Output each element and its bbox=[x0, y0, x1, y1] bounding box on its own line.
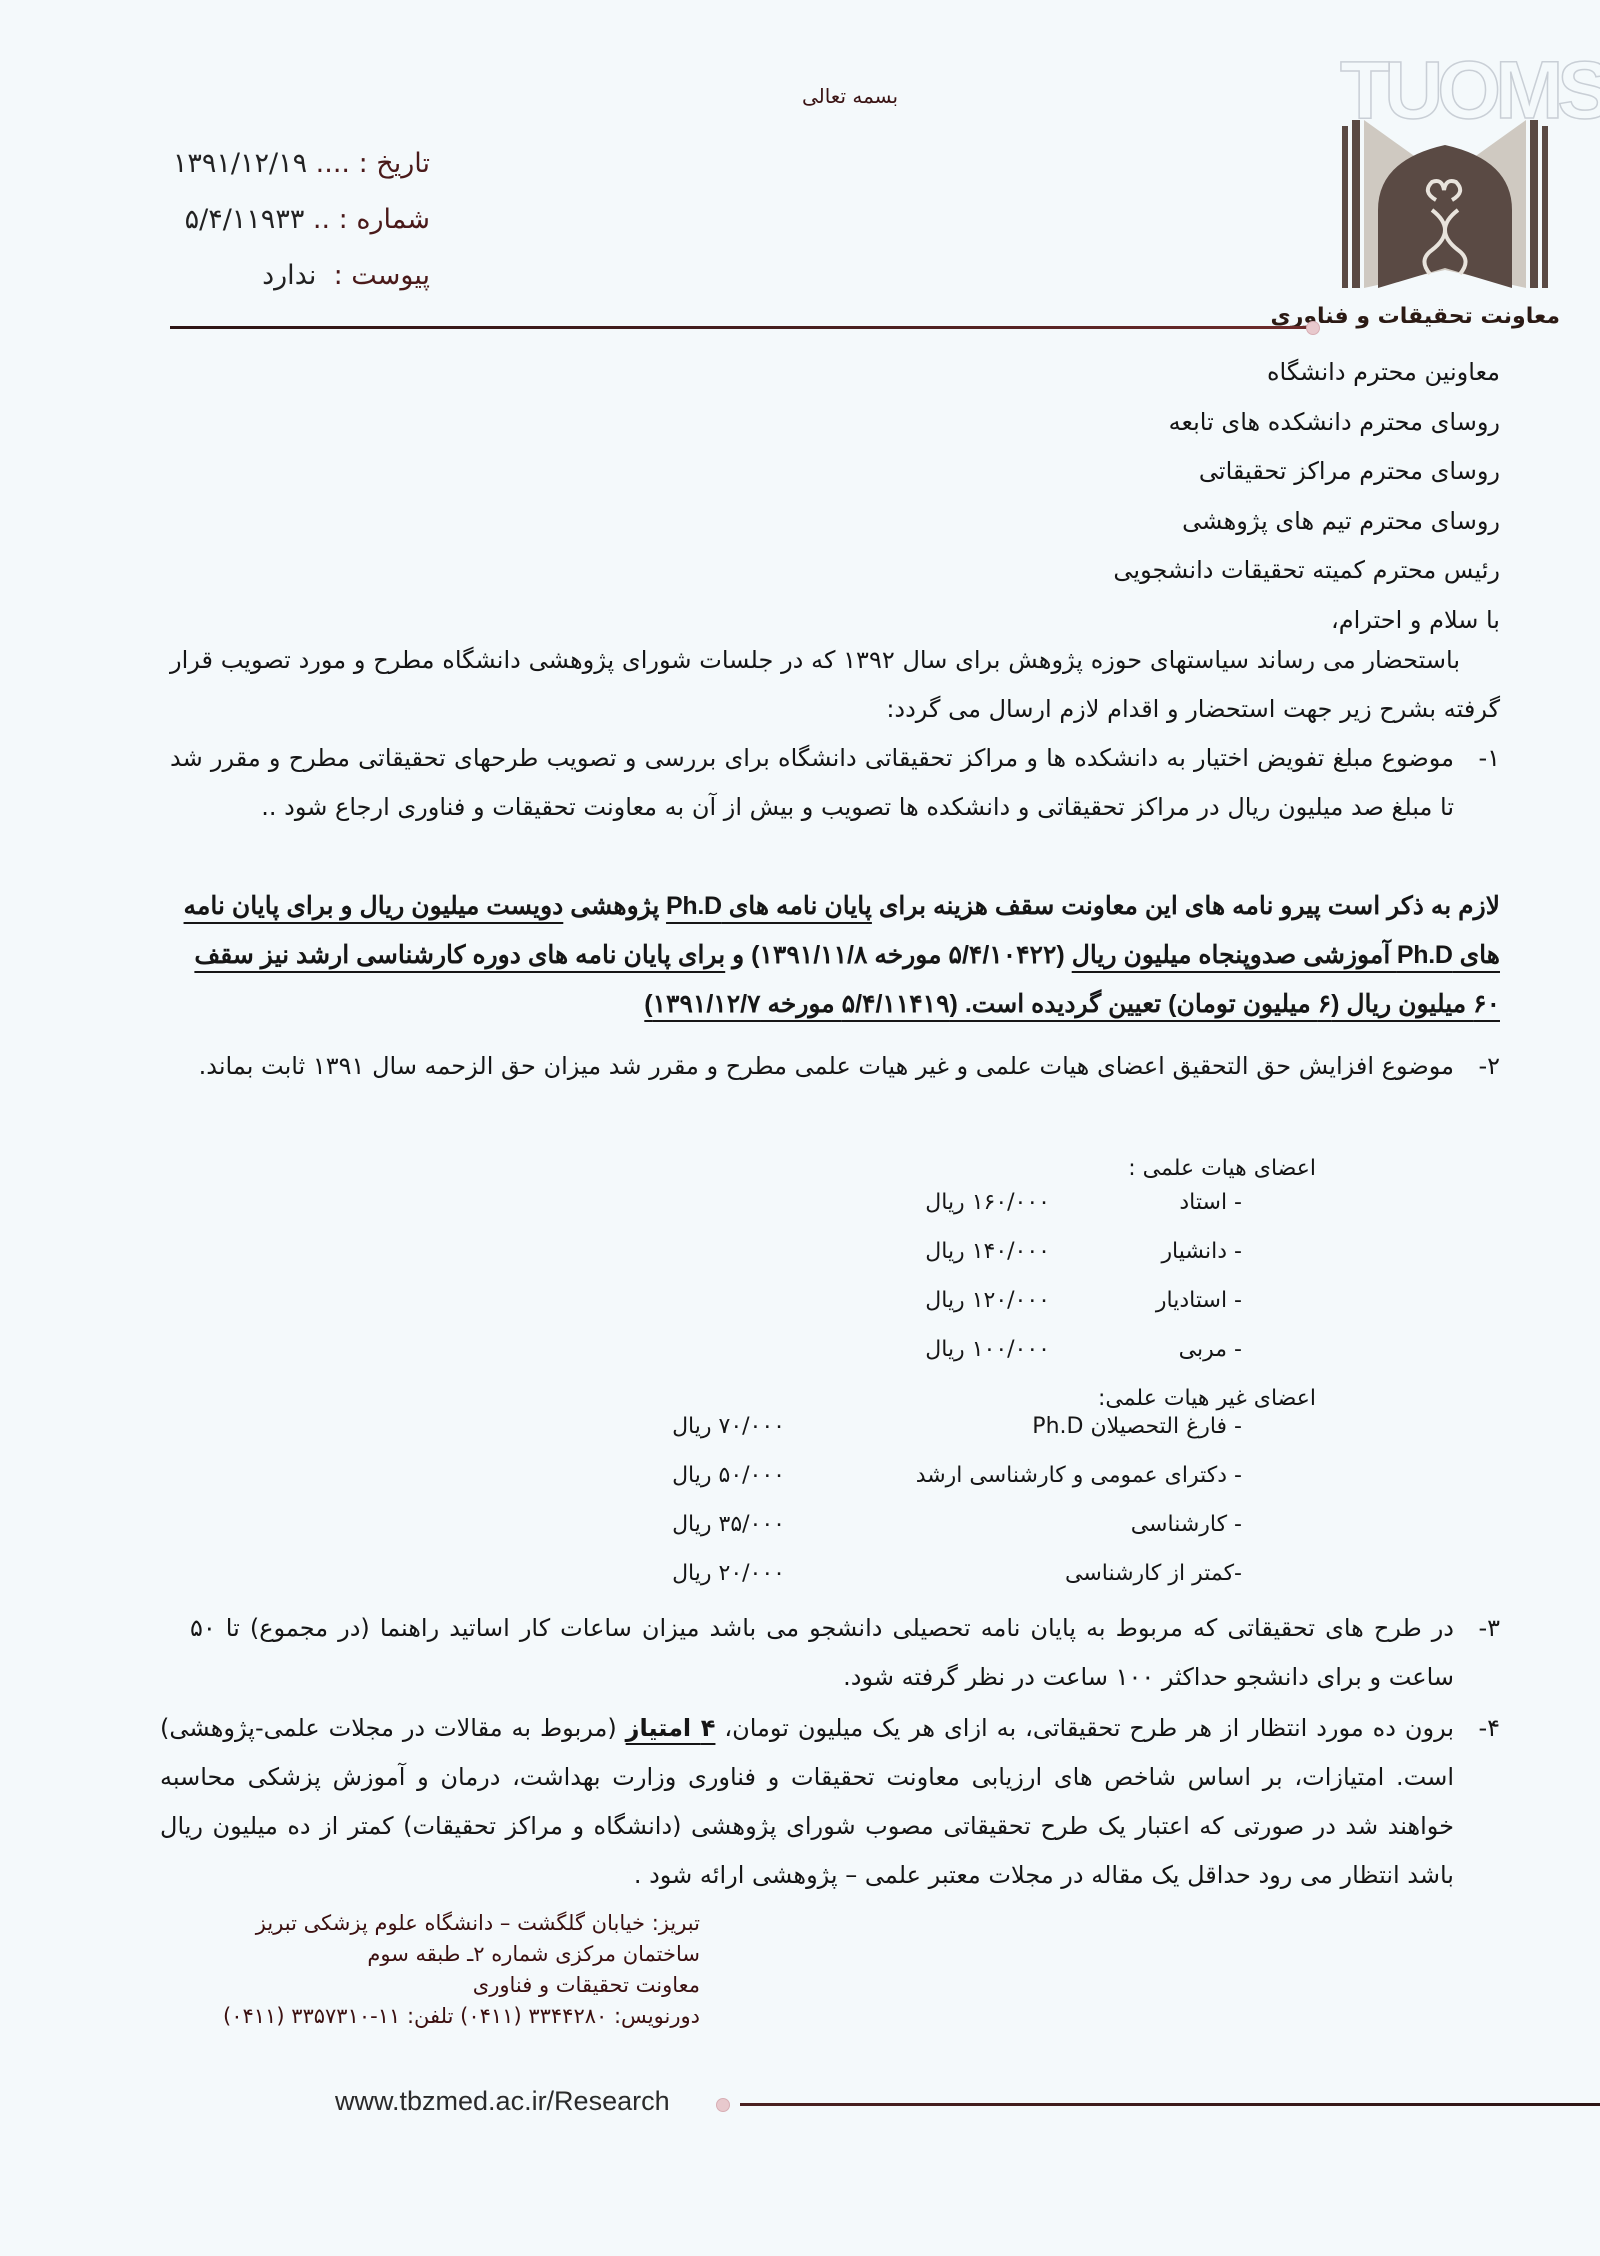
rate-rank: - فارغ التحصیلان Ph.D bbox=[1032, 1414, 1242, 1439]
item-text: برون ده مورد انتظار از هر طرح تحقیقاتی، … bbox=[160, 1704, 1454, 1900]
rate-amount: ۱۴۰/۰۰۰ ریال bbox=[925, 1239, 1050, 1264]
rate-rank: - دکترای عمومی و کارشناسی ارشد bbox=[916, 1463, 1242, 1488]
recipients-list: معاونین محترم دانشگاه روسای محترم دانشکد… bbox=[800, 348, 1500, 645]
recipient-line: روسای محترم دانشکده های تابعه bbox=[800, 398, 1500, 448]
rate-row: - فارغ التحصیلان Ph.D ۷۰/۰۰۰ ریال bbox=[0, 1414, 1600, 1463]
attachment-value: ندارد bbox=[262, 260, 316, 291]
footer-divider bbox=[740, 2103, 1600, 2106]
rate-row: - استادیار ۱۲۰/۰۰۰ ریال bbox=[0, 1288, 1600, 1337]
item-text: موضوع افزایش حق التحقیق اعضای هیات علمی … bbox=[170, 1042, 1454, 1091]
recipient-line: روسای محترم تیم های پژوهشی bbox=[800, 497, 1500, 547]
rate-amount: ۲۰/۰۰۰ ریال bbox=[672, 1561, 785, 1586]
note-text: (۵/۴/۱۰۴۲۲ مورخه ۱۳۹۱/۱۱/۸) و bbox=[725, 941, 1072, 969]
item-number: ۲- bbox=[1478, 1042, 1500, 1091]
letter-attachment: پیوست : ندارد bbox=[130, 260, 430, 291]
policy-item-2: ۲- موضوع افزایش حق التحقیق اعضای هیات عل… bbox=[170, 1042, 1500, 1091]
rate-row: - استاد ۱۶۰/۰۰۰ ریال bbox=[0, 1190, 1600, 1239]
item-emphasis: ۴ امتیاز bbox=[626, 1714, 716, 1742]
rate-row: -کمتر از کارشناسی ۲۰/۰۰۰ ریال bbox=[0, 1561, 1600, 1610]
rate-rank: -کمتر از کارشناسی bbox=[1065, 1561, 1242, 1586]
rate-rank: - کارشناسی bbox=[1131, 1512, 1242, 1537]
recipient-line: رئیس محترم کمیته تحقیقات دانشجویی bbox=[800, 546, 1500, 596]
footer-address: تبریز: خیابان گلگشت – دانشگاه علوم پزشکی… bbox=[160, 1908, 700, 2032]
recipient-line: معاونین محترم دانشگاه bbox=[800, 348, 1500, 398]
faculty-rates-title: اعضای هیات علمی : bbox=[1128, 1144, 1316, 1193]
non-faculty-rates-table: - فارغ التحصیلان Ph.D ۷۰/۰۰۰ ریال - دکتر… bbox=[0, 1414, 1600, 1610]
item-number: ۱- bbox=[1478, 734, 1500, 783]
item-text: در طرح های تحقیقاتی که مربوط به پایان نا… bbox=[190, 1604, 1454, 1702]
rate-amount: ۱۶۰/۰۰۰ ریال bbox=[925, 1190, 1050, 1215]
rate-row: - دانشیار ۱۴۰/۰۰۰ ریال bbox=[0, 1239, 1600, 1288]
policy-item-1: ۱- موضوع مبلغ تفویض اختیار به دانشکده ها… bbox=[170, 734, 1500, 832]
invocation: بسمه تعالی bbox=[760, 84, 940, 108]
rate-row: - دکترای عمومی و کارشناسی ارشد ۵۰/۰۰۰ ری… bbox=[0, 1463, 1600, 1512]
contact-line: دورنویس: ۳۳۴۴۲۸۰ (۰۴۱۱) تلفن: ۱۱-۳۳۵۷۳۱۰… bbox=[160, 2001, 700, 2032]
rate-amount: ۱۲۰/۰۰۰ ریال bbox=[925, 1288, 1050, 1313]
address-line: ساختمان مرکزی شماره ۲ـ طبقه سوم bbox=[160, 1939, 700, 1970]
letter-number: شماره : .. ۵/۴/۱۱۹۳۳ bbox=[130, 204, 430, 235]
divider-dot-icon bbox=[1306, 321, 1320, 335]
item-text: موضوع مبلغ تفویض اختیار به دانشکده ها و … bbox=[170, 734, 1454, 832]
item-number: ۴- bbox=[1478, 1704, 1500, 1753]
website-link[interactable]: www.tbzmed.ac.ir/Research bbox=[335, 2086, 670, 2117]
rate-rank: - مربی bbox=[1179, 1337, 1242, 1362]
university-logo bbox=[1336, 40, 1566, 300]
rate-amount: ۵۰/۰۰۰ ریال bbox=[672, 1463, 785, 1488]
address-line: معاونت تحقیقات و فناوری bbox=[160, 1970, 700, 2001]
rate-row: - کارشناسی ۳۵/۰۰۰ ریال bbox=[0, 1512, 1600, 1561]
date-value: ۱۳۹۱/۱۲/۱۹ bbox=[173, 148, 307, 179]
policy-item-3: ۳- در طرح های تحقیقاتی که مربوط به پایان… bbox=[190, 1604, 1500, 1702]
recipient-line: روسای محترم مراکز تحقیقاتی bbox=[800, 447, 1500, 497]
faculty-rates-table: - استاد ۱۶۰/۰۰۰ ریال - دانشیار ۱۴۰/۰۰۰ ر… bbox=[0, 1190, 1600, 1386]
rate-rank: - استاد bbox=[1179, 1190, 1242, 1215]
number-value: ۵/۴/۱۱۹۳۳ bbox=[185, 204, 305, 235]
rate-row: - مربی ۱۰۰/۰۰۰ ریال bbox=[0, 1337, 1600, 1386]
attachment-label: پیوست : bbox=[334, 260, 430, 291]
intro-paragraph: باستحضار می رساند سیاستهای حوزه پژوهش بر… bbox=[170, 636, 1500, 734]
rate-rank: - دانشیار bbox=[1161, 1239, 1242, 1264]
date-label: تاریخ : .... bbox=[316, 148, 430, 179]
header-divider bbox=[170, 326, 1310, 329]
address-line: تبریز: خیابان گلگشت – دانشگاه علوم پزشکی… bbox=[160, 1908, 700, 1939]
note-text: پژوهشی bbox=[563, 892, 666, 920]
item-number: ۳- bbox=[1478, 1604, 1500, 1653]
rate-rank: - استادیار bbox=[1156, 1288, 1242, 1313]
policy-item-4: ۴- برون ده مورد انتظار از هر طرح تحقیقات… bbox=[160, 1704, 1500, 1900]
book-arch-logo-icon bbox=[1336, 40, 1566, 300]
number-label: شماره : .. bbox=[313, 204, 430, 235]
rate-amount: ۱۰۰/۰۰۰ ریال bbox=[925, 1337, 1050, 1362]
note-text: لازم به ذکر است پیرو نامه های این معاونت… bbox=[872, 892, 1500, 920]
rate-amount: ۳۵/۰۰۰ ریال bbox=[672, 1512, 785, 1537]
rate-amount: ۷۰/۰۰۰ ریال bbox=[672, 1414, 785, 1439]
item-text-part: برون ده مورد انتظار از هر طرح تحقیقاتی، … bbox=[715, 1714, 1454, 1742]
note-emphasis: پایان نامه های Ph.D bbox=[666, 892, 872, 920]
letter-date: تاریخ : .... ۱۳۹۱/۱۲/۱۹ bbox=[130, 148, 430, 179]
thesis-budget-note: لازم به ذکر است پیرو نامه های این معاونت… bbox=[170, 882, 1500, 1029]
divider-dot-icon bbox=[716, 2098, 730, 2112]
